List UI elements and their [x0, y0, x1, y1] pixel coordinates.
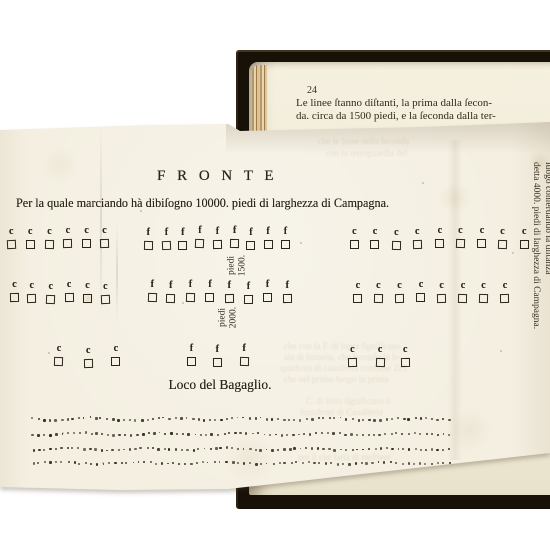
unit-square	[111, 357, 120, 366]
baggage-dot	[217, 434, 220, 437]
baggage-dot	[85, 431, 87, 433]
baggage-dot	[348, 463, 351, 466]
baggage-dot	[124, 434, 126, 436]
baggage-dot	[415, 417, 417, 419]
baggage-dot	[419, 462, 421, 464]
baggage-dot	[184, 463, 186, 465]
unit-letter: c	[394, 281, 406, 291]
formation-unit-c: c	[434, 226, 446, 248]
baggage-dot	[255, 463, 258, 466]
baggage-dot	[60, 447, 62, 449]
formation-unit-c: c	[8, 280, 20, 302]
unit-letter: f	[281, 281, 293, 291]
unit-square	[500, 294, 509, 303]
baggage-dot	[283, 462, 286, 465]
baggage-dot	[167, 463, 169, 465]
baggage-dot	[322, 417, 324, 419]
formation-unit-c: c	[394, 281, 406, 303]
baggage-dot	[402, 448, 405, 451]
formation-unit-f: f	[262, 280, 274, 302]
baggage-dot	[226, 418, 228, 420]
baggage-dot	[101, 433, 103, 435]
formation-unit-f: f	[194, 226, 206, 248]
formation-unit-c: c	[82, 346, 94, 368]
baggage-dot	[273, 463, 275, 465]
baggage-dot	[130, 434, 133, 437]
formation-unit-c: c	[499, 281, 511, 303]
plate-top-shadow	[226, 118, 550, 154]
baggage-dot	[378, 461, 380, 463]
baggage-dot	[371, 462, 374, 465]
unit-letter: f	[194, 226, 206, 236]
baggage-dot	[378, 434, 381, 437]
baggage-dot	[442, 462, 444, 464]
baggage-label: Loco del Bagaglio.	[150, 377, 290, 393]
baggage-dot	[232, 461, 235, 464]
baggage-dot	[123, 449, 125, 451]
baggage-dot	[31, 434, 33, 436]
baggage-dot	[43, 419, 46, 422]
formation-unit-c: c	[372, 281, 384, 303]
baggage-dot	[344, 434, 347, 437]
unit-letter: c	[372, 281, 384, 291]
baggage-dot	[264, 434, 266, 436]
unit-square	[63, 239, 72, 248]
baggage-dot	[398, 448, 400, 450]
baggage-dot	[54, 419, 57, 422]
baggage-dot	[255, 417, 257, 419]
baggage-dot	[260, 463, 262, 465]
baggage-dot	[228, 432, 230, 434]
baggage-dot	[252, 433, 254, 435]
baggage-dot	[298, 434, 300, 436]
show-through-text: quadroni di caualleria contiene 225.	[280, 363, 409, 373]
baggage-dot	[305, 447, 307, 449]
unit-letter: f	[279, 227, 291, 237]
unit-square	[83, 294, 92, 303]
baggage-dot	[134, 419, 136, 421]
baggage-dot	[44, 461, 46, 463]
unit-letter: f	[262, 227, 274, 237]
baggage-dot	[395, 432, 397, 434]
baggage-dot	[139, 447, 141, 449]
unit-letter: c	[63, 280, 75, 290]
baggage-dot	[178, 463, 181, 466]
unit-letter: c	[476, 226, 488, 236]
unit-letter: f	[142, 228, 154, 238]
baggage-dot	[118, 449, 120, 451]
baggage-dot	[420, 417, 422, 419]
baggage-dot	[101, 449, 103, 451]
unit-square	[82, 239, 91, 248]
baggage-dot	[215, 447, 218, 450]
baggage-dot	[55, 461, 57, 463]
baggage-dot	[219, 461, 221, 463]
baggage-dot	[448, 419, 450, 421]
unit-letter: c	[346, 345, 358, 355]
baggage-dot	[342, 463, 344, 465]
formation-unit-c: c	[45, 282, 57, 304]
baggage-dot	[162, 417, 164, 419]
unit-letter: c	[369, 227, 381, 237]
unit-square	[27, 294, 36, 303]
formation-unit-c: c	[62, 226, 74, 248]
formation-unit-f: f	[262, 227, 274, 249]
foldout-shadow: che le linee della ſecondacon la retrogu…	[0, 0, 550, 550]
baggage-dot	[325, 462, 327, 464]
baggage-dot	[415, 448, 417, 450]
baggage-dot	[368, 419, 370, 421]
baggage-dot	[373, 434, 375, 436]
unit-square	[416, 293, 425, 302]
baggage-dot	[286, 434, 288, 436]
unit-square	[370, 239, 379, 248]
baggage-dot	[49, 461, 52, 464]
unit-square	[246, 241, 255, 250]
baggage-dot	[78, 417, 80, 419]
baggage-dot	[37, 434, 40, 437]
formation-unit-c: c	[26, 281, 38, 303]
baggage-dot	[391, 448, 393, 450]
formation-unit-c: c	[390, 228, 402, 250]
baggage-dot	[313, 462, 316, 465]
baggage-dot	[318, 462, 320, 464]
unit-letter: c	[518, 227, 530, 237]
unit-letter: f	[185, 344, 197, 354]
unit-letter: f	[160, 228, 172, 238]
baggage-dot	[293, 447, 295, 449]
baggage-dot	[198, 418, 200, 420]
unit-letter: c	[5, 227, 17, 237]
baggage-dot	[431, 418, 433, 420]
baggage-dot	[271, 418, 274, 421]
unit-square	[45, 240, 54, 249]
baggage-dot	[414, 432, 416, 434]
baggage-dot	[83, 417, 85, 419]
baggage-dot	[437, 434, 439, 436]
baggage-dot	[397, 417, 399, 419]
baggage-dot	[356, 449, 358, 451]
baggage-dot	[141, 419, 143, 421]
formation-unit-f: f	[177, 228, 189, 250]
formation-unit-c: c	[374, 345, 386, 367]
unit-square	[401, 358, 410, 367]
baggage-dot	[196, 462, 198, 464]
baggage-dot	[142, 433, 144, 435]
baggage-dot	[38, 449, 41, 452]
baggage-dot	[147, 447, 149, 449]
baggage-dot	[107, 434, 109, 436]
formation-unit-f: f	[185, 344, 197, 366]
baggage-dot	[133, 462, 135, 464]
baggage-dot	[155, 463, 158, 466]
baggage-dot	[106, 418, 108, 420]
baggage-dot	[239, 432, 242, 435]
unit-letter: f	[184, 280, 196, 290]
baggage-dot	[204, 448, 206, 450]
baggage-dot	[288, 419, 290, 421]
baggage-dot	[277, 449, 279, 451]
unit-square	[54, 357, 63, 366]
baggage-dot	[129, 448, 132, 451]
unit-square	[479, 294, 488, 303]
baggage-dot	[224, 433, 226, 435]
unit-letter: f	[262, 280, 274, 290]
baggage-dot	[138, 461, 140, 463]
baggage-dot	[380, 447, 382, 449]
baggage-dot	[111, 449, 113, 451]
baggage-dot	[245, 432, 247, 434]
baggage-dot	[231, 447, 233, 449]
baggage-dot	[210, 448, 212, 450]
baggage-dot	[431, 463, 433, 465]
baggage-dot	[419, 433, 421, 435]
baggage-dot	[214, 419, 216, 421]
unit-square	[348, 358, 357, 367]
formation-unit-c: c	[497, 227, 509, 249]
unit-letter: c	[457, 281, 469, 291]
baggage-dot	[33, 462, 35, 464]
baggage-dot	[391, 418, 393, 420]
baggage-dot	[403, 418, 406, 421]
unit-square	[456, 239, 465, 248]
formation-unit-f: f	[146, 280, 158, 302]
baggage-dot	[168, 418, 171, 421]
baggage-dot	[187, 433, 190, 436]
baggage-dot	[68, 461, 70, 463]
unit-letter: c	[434, 226, 446, 236]
unit-letter: c	[110, 344, 122, 354]
baggage-dot	[315, 432, 317, 434]
formation-unit-f: f	[142, 228, 154, 250]
baggage-dot	[242, 417, 244, 419]
formation-unit-c: c	[99, 226, 111, 248]
unit-square	[413, 240, 422, 249]
baggage-dot	[425, 449, 427, 451]
baggage-dot	[117, 419, 120, 422]
baggage-dot	[379, 419, 382, 422]
formation-unit-c: c	[369, 227, 381, 249]
baggage-dot	[279, 462, 281, 464]
baggage-dot	[55, 433, 57, 435]
baggage-dot	[159, 432, 161, 434]
baggage-dot	[207, 462, 209, 464]
baggage-dot	[168, 448, 170, 450]
formation-unit-c: c	[454, 226, 466, 248]
baggage-dot	[277, 418, 279, 420]
baggage-dot	[386, 447, 388, 449]
unit-square	[520, 240, 529, 249]
paper-speckle	[422, 182, 424, 184]
paper-stain	[224, 432, 276, 484]
baggage-dot	[83, 448, 85, 450]
formation-unit-f: f	[165, 281, 177, 303]
formation-unit-c: c	[5, 227, 17, 249]
paper-speckle	[512, 252, 514, 254]
unit-letter: c	[477, 281, 489, 291]
unit-square	[148, 293, 157, 302]
baggage-dot	[193, 449, 196, 452]
unit-square	[213, 358, 222, 367]
baggage-dot	[200, 434, 202, 436]
baggage-dot	[55, 448, 58, 451]
unit-square	[84, 359, 93, 368]
baggage-dot	[358, 419, 361, 422]
baggage-dot	[106, 450, 108, 452]
baggage-dot	[368, 434, 370, 436]
distance-label-1500: piedi 1500.	[227, 246, 248, 286]
baggage-dot	[152, 447, 154, 449]
baggage-dot	[112, 418, 114, 420]
baggage-dot	[339, 432, 341, 434]
baggage-dot	[123, 419, 125, 421]
baggage-dot	[220, 419, 222, 421]
baggage-dot	[153, 432, 156, 435]
baggage-dot	[408, 433, 410, 435]
formation-unit-c: c	[53, 344, 65, 366]
baggage-dot	[311, 447, 313, 449]
formation-unit-c: c	[346, 345, 358, 367]
baggage-dot	[121, 462, 123, 464]
baggage-dot	[448, 448, 450, 450]
baggage-dot	[266, 418, 269, 421]
baggage-dot	[234, 432, 237, 435]
baggage-dot	[436, 419, 438, 421]
baggage-dot	[38, 418, 40, 420]
paper-speckle	[48, 352, 50, 354]
unit-letter: c	[45, 282, 57, 292]
baggage-dot	[333, 449, 336, 452]
baggage-dot	[129, 419, 131, 421]
baggage-dot	[147, 419, 150, 422]
baggage-dot	[332, 432, 335, 435]
baggage-dot	[49, 434, 51, 436]
formation-unit-f: f	[160, 228, 172, 250]
baggage-dot	[136, 434, 139, 437]
baggage-dot	[60, 461, 62, 463]
unit-square	[205, 293, 214, 302]
show-through-text: ſquadroni di Caualleria	[300, 407, 383, 417]
baggage-dot	[214, 461, 216, 463]
baggage-dot	[395, 462, 397, 464]
formation-unit-c: c	[436, 281, 448, 303]
baggage-dot	[318, 417, 320, 419]
baggage-dot	[352, 418, 354, 420]
baggage-dot	[95, 432, 97, 434]
baggage-dot	[175, 448, 178, 451]
baggage-dot	[283, 419, 285, 421]
baggage-dot	[90, 463, 92, 465]
baggage-dot	[143, 461, 145, 463]
unit-letter: c	[99, 282, 111, 292]
unit-letter: f	[146, 280, 158, 290]
unit-letter: c	[348, 227, 360, 237]
baggage-dot	[368, 448, 370, 450]
unit-square	[240, 357, 249, 366]
baggage-dot	[203, 419, 206, 422]
baggage-dot	[330, 462, 332, 464]
unit-letter: f	[229, 226, 241, 236]
baggage-dot	[299, 419, 302, 422]
baggage-dot	[95, 417, 97, 419]
unit-square	[162, 240, 171, 249]
unit-square	[392, 240, 401, 249]
unit-square	[213, 240, 222, 249]
baggage-dot	[94, 448, 97, 451]
unit-square	[263, 240, 272, 249]
baggage-dot	[407, 418, 410, 421]
unit-square	[281, 240, 290, 249]
foldout-plate: che le linee della ſecondacon la retrogu…	[0, 0, 550, 550]
baggage-dot	[283, 448, 285, 450]
baggage-dot	[71, 447, 73, 449]
baggage-dot	[209, 419, 211, 421]
baggage-dot	[161, 462, 164, 465]
plate-title: F R O N T E	[157, 168, 278, 185]
baggage-dot	[340, 449, 342, 451]
baggage-dot	[408, 462, 411, 465]
baggage-dot	[157, 448, 159, 450]
unit-square	[263, 293, 272, 302]
baggage-dot	[449, 462, 451, 464]
unit-letter: c	[24, 227, 36, 237]
unit-square	[26, 240, 35, 249]
formation-unit-c: c	[99, 282, 111, 304]
unit-letter: c	[499, 281, 511, 291]
baggage-dot	[192, 418, 194, 420]
baggage-dot	[442, 449, 444, 451]
baggage-dot	[317, 447, 320, 450]
baggage-dot	[345, 418, 348, 421]
paper-speckle	[500, 350, 502, 352]
unit-square	[350, 240, 359, 249]
baggage-dot	[448, 434, 450, 436]
formation-unit-c: c	[24, 227, 36, 249]
baggage-dot	[79, 432, 81, 434]
baggage-dot	[175, 417, 177, 419]
unit-letter: f	[245, 228, 257, 238]
baggage-dot	[361, 462, 363, 464]
formation-unit-f: f	[204, 280, 216, 302]
unit-square	[144, 240, 153, 249]
baggage-dot	[85, 462, 87, 464]
baggage-dot	[103, 463, 105, 465]
baggage-dot	[249, 462, 251, 464]
baggage-dot	[384, 433, 386, 435]
baggage-dot	[118, 434, 120, 436]
distance-label-2000: piedi 2000.	[218, 298, 239, 338]
show-through-text: C. di ſotto ſignificano li	[306, 396, 391, 406]
baggage-dot	[302, 462, 304, 464]
baggage-dot	[337, 463, 340, 466]
unit-square	[353, 294, 362, 303]
unit-letter: c	[8, 280, 20, 290]
baggage-dot	[125, 462, 127, 464]
unit-square	[187, 357, 196, 366]
baggage-dot	[170, 432, 172, 434]
unit-square	[46, 295, 55, 304]
baggage-dot	[67, 418, 69, 420]
unit-square	[283, 294, 292, 303]
baggage-dot	[431, 433, 433, 435]
baggage-dot	[333, 417, 335, 419]
formation-unit-c: c	[43, 227, 55, 249]
baggage-dot	[327, 432, 329, 434]
unit-square	[374, 294, 383, 303]
baggage-dot	[108, 462, 110, 464]
paper-stain	[42, 147, 78, 183]
baggage-dot	[148, 432, 150, 434]
